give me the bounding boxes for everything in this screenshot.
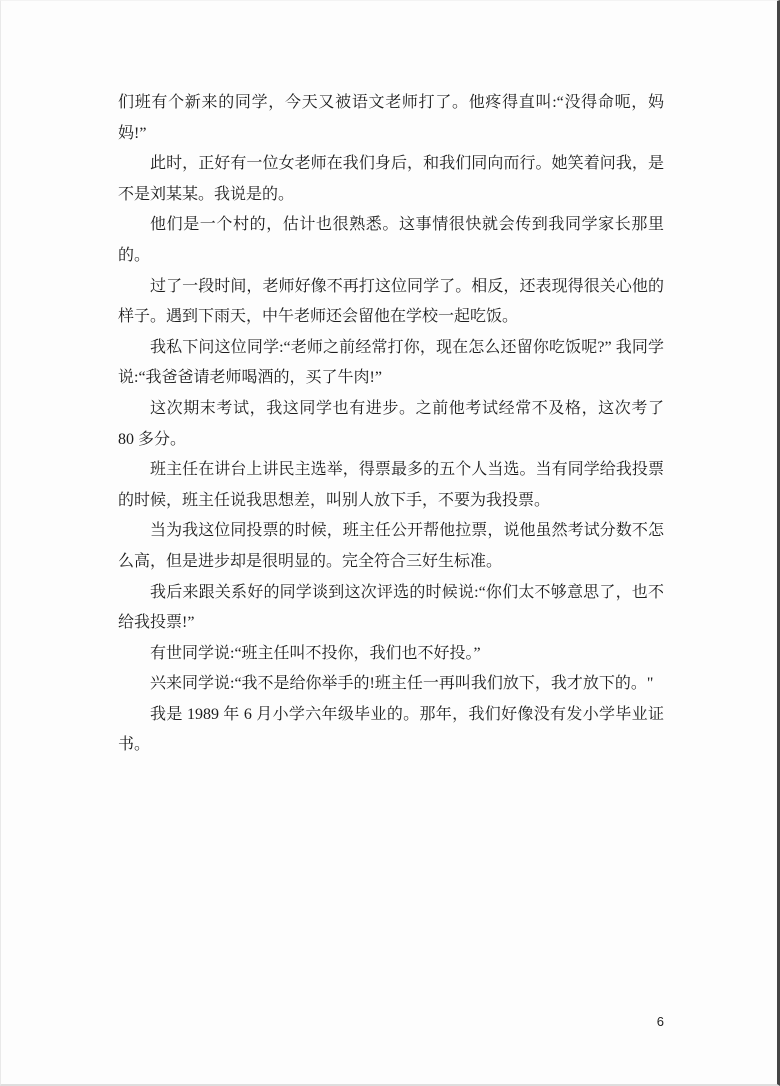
paragraph: 此时，正好有一位女老师在我们身后，和我们同向而行。她笑着问我，是不是刘某某。我说… — [118, 149, 664, 210]
paragraph: 他们是一个村的，估计也很熟悉。这事情很快就会传到我同学家长那里的。 — [118, 210, 664, 271]
paragraph: 我是 1989 年 6 月小学六年级毕业的。那年，我们好像没有发小学毕业证书。 — [118, 700, 664, 761]
paragraph: 们班有个新来的同学，今天又被语文老师打了。他疼得直叫:“没得命呃，妈妈!” — [118, 88, 664, 149]
paragraph: 班主任在讲台上讲民主选举，得票最多的五个人当选。当有同学给我投票的时候，班主任说… — [118, 455, 664, 516]
paragraph: 过了一段时间，老师好像不再打这位同学了。相反，还表现得很关心他的样子。遇到下雨天… — [118, 272, 664, 333]
page-footer: 6 — [118, 1014, 664, 1029]
page-number: 6 — [657, 1014, 664, 1029]
document-body: 们班有个新来的同学，今天又被语文老师打了。他疼得直叫:“没得命呃，妈妈!”此时，… — [118, 88, 664, 761]
paragraph: 这次期末考试，我这同学也有进步。之前他考试经常不及格，这次考了 80 多分。 — [118, 394, 664, 455]
paragraph: 有世同学说:“班主任叫不投你，我们也不好投。” — [118, 639, 664, 670]
paragraph: 我私下问这位同学:“老师之前经常打你，现在怎么还留你吃饭呢?” 我同学说:“我爸… — [118, 333, 664, 394]
paragraph: 我后来跟关系好的同学谈到这次评选的时候说:“你们太不够意思了，也不给我投票!” — [118, 578, 664, 639]
paragraph: 当为我这位同投票的时候，班主任公开帮他拉票，说他虽然考试分数不怎么高，但是进步却… — [118, 516, 664, 577]
paragraph: 兴来同学说:“我不是给你举手的!班主任一再叫我们放下，我才放下的。" — [118, 669, 664, 700]
